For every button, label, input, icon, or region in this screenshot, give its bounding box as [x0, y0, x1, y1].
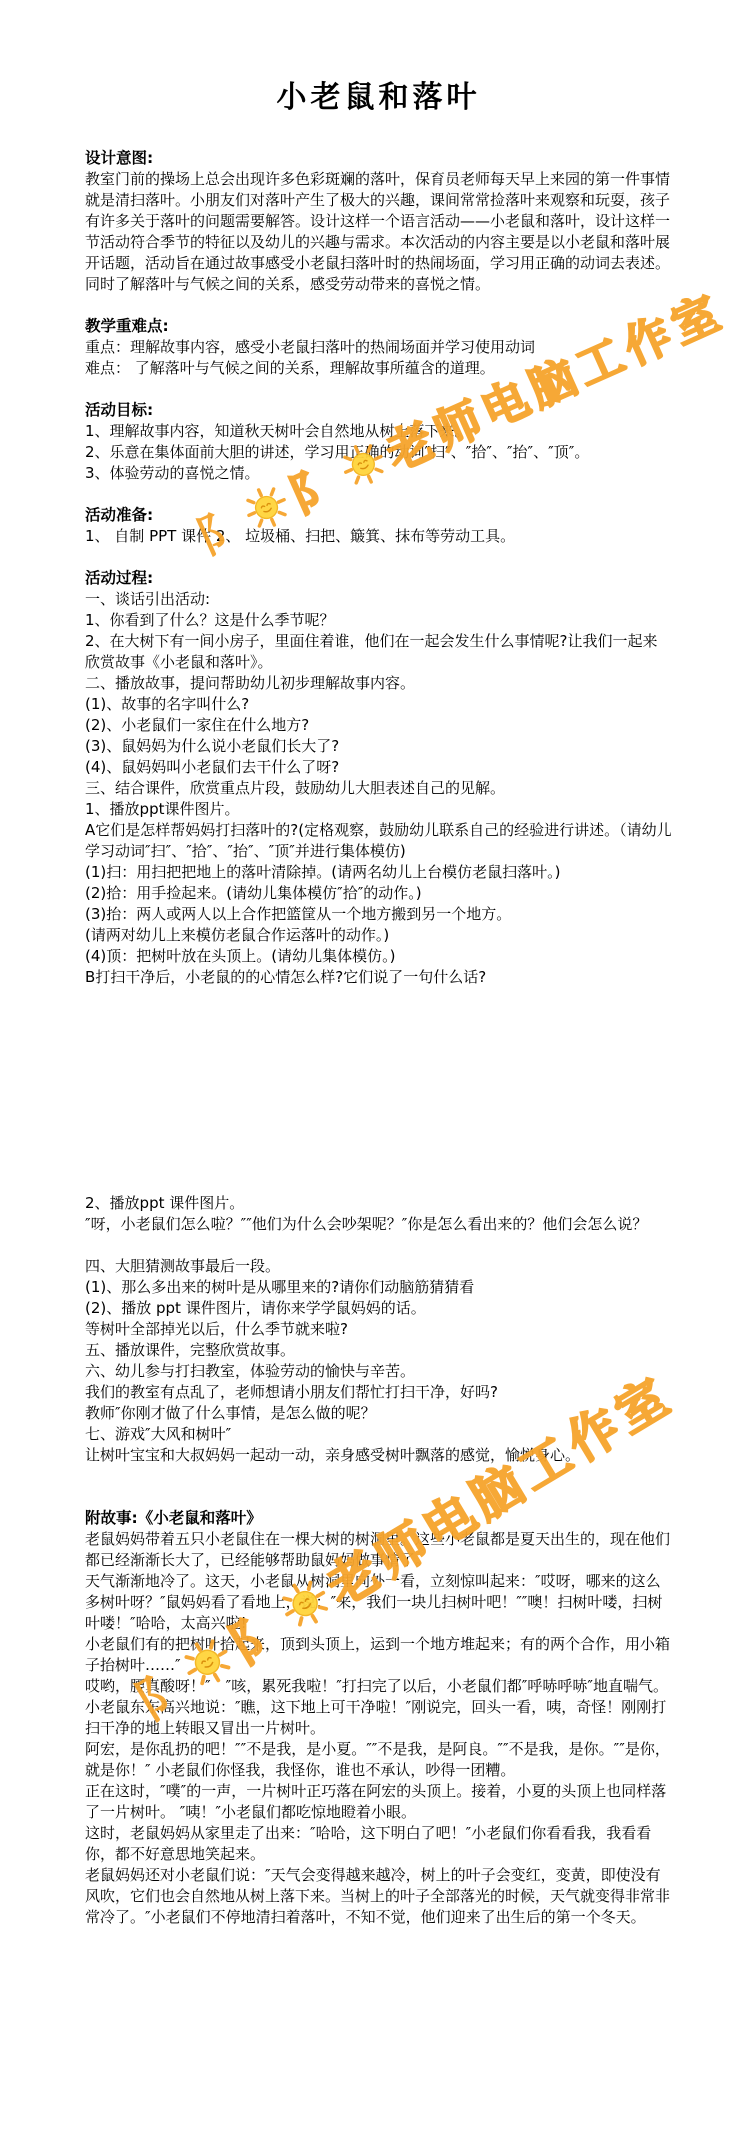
text-line: (1)、故事的名字叫什么? — [85, 694, 672, 715]
paragraph: 天气渐渐地冷了。这天，小老鼠从树洞里向外一看，立刻惊叫起来：″哎呀，哪来的这么多… — [85, 1571, 672, 1634]
text-line: 教师″你刚才做了什么事情，是怎么做的呢？ — [85, 1403, 672, 1424]
text-line: 二、播放故事，提问帮助幼儿初步理解故事内容。 — [85, 673, 672, 694]
text-line: 六、幼儿参与打扫教室，体验劳动的愉快与辛苦。 — [85, 1361, 672, 1382]
paragraph: 小老鼠东东高兴地说：″瞧，这下地上可干净啦！″刚说完，回头一看，咦，奇怪！刚刚打… — [85, 1697, 672, 1739]
text-line: (1)扫：用扫把把地上的落叶清除掉。(请两名幼儿上台模仿老鼠扫落叶。) — [85, 862, 672, 883]
text-line: 1、 自制 PPT 课件 2、 垃圾桶、扫把、簸箕、抹布等劳动工具。 — [85, 526, 672, 547]
section-heading: 活动过程: — [85, 568, 672, 589]
text-line: (3)抬：两人或两人以上合作把篮筐从一个地方搬到另一个地方。 — [85, 904, 672, 925]
text-line: 1、播放ppt课件图片。 — [85, 799, 672, 820]
blank-line — [85, 379, 672, 400]
text-line: 让树叶宝宝和大叔妈妈一起动一动，亲身感受树叶飘落的感觉，愉悦身心。 — [85, 1445, 672, 1466]
text-line: 2、播放ppt 课件图片。 — [85, 1193, 672, 1214]
text-line: 难点： 了解落叶与气候之间的关系，理解故事所蕴含的道理。 — [85, 358, 672, 379]
paragraph: A它们是怎样帮妈妈打扫落叶的?(定格观察，鼓励幼儿联系自己的经验进行讲述。（请幼… — [85, 820, 672, 862]
section-heading: 活动准备: — [85, 505, 672, 526]
blank-line — [85, 484, 672, 505]
text-line: 重点：理解故事内容，感受小老鼠扫落叶的热闹场面并学习使用动词 — [85, 337, 672, 358]
text-line: 三、结合课件，欣赏重点片段，鼓励幼儿大胆表述自己的见解。 — [85, 778, 672, 799]
text-line: 1、理解故事内容，知道秋天树叶会自然地从树上落下来。 — [85, 421, 672, 442]
text-line: (请两对幼儿上来模仿老鼠合作运落叶的动作。) — [85, 925, 672, 946]
blank-line — [85, 547, 672, 568]
text-line: 1、你看到了什么？这是什么季节呢？ — [85, 610, 672, 631]
blank-line — [85, 295, 672, 316]
text-line: 七、游戏″大风和树叶″ — [85, 1424, 672, 1445]
section-heading: 活动目标: — [85, 400, 672, 421]
paragraph: 教室门前的操场上总会出现许多色彩斑斓的落叶，保育员老师每天早上来园的第一件事情就… — [85, 169, 672, 295]
text-line: (2)、播放 ppt 课件图片，请你来学学鼠妈妈的话。 — [85, 1298, 672, 1319]
blank-gap — [85, 1466, 672, 1508]
paragraph: 2、在大树下有一间小房子，里面住着谁，他们在一起会发生什么事情呢?让我们一起来欣… — [85, 631, 672, 673]
section-heading: 附故事:《小老鼠和落叶》 — [85, 1508, 672, 1529]
paragraph: ″呀，小老鼠们怎么啦？″″他们为什么会吵架呢？″你是怎么看出来的？他们会怎么说？ — [85, 1214, 672, 1235]
text-line: 等树叶全部掉光以后，什么季节就来啦? — [85, 1319, 672, 1340]
text-line: 四、大胆猜测故事最后一段。 — [85, 1256, 672, 1277]
text-line: 3、体验劳动的喜悦之情。 — [85, 463, 672, 484]
document-body: 设计意图:教室门前的操场上总会出现许多色彩斑斓的落叶，保育员老师每天早上来园的第… — [85, 148, 672, 1928]
blank-gap — [85, 988, 672, 1193]
paragraph: 这时，老鼠妈妈从家里走了出来：″哈哈，这下明白了吧！″小老鼠们你看看我，我看看你… — [85, 1823, 672, 1865]
document-content: 小老鼠和落叶 设计意图:教室门前的操场上总会出现许多色彩斑斓的落叶，保育员老师每… — [85, 0, 672, 1928]
text-line: 一、谈话引出活动: — [85, 589, 672, 610]
section-heading: 教学重难点: — [85, 316, 672, 337]
paragraph: 哎哟，腰真酸呀！″ ″咳，累死我啦！″打扫完了以后，小老鼠们都″呼哧呼哧″地直喘… — [85, 1676, 672, 1697]
document-page: 阝 阝 老师电脑工作室 — [0, 0, 753, 2130]
text-line: (4)顶：把树叶放在头顶上。(请幼儿集体模仿。) — [85, 946, 672, 967]
paragraph: 老鼠妈妈还对小老鼠们说：″天气会变得越来越冷，树上的叶子会变红，变黄，即使没有风… — [85, 1865, 672, 1928]
text-line: (3)、鼠妈妈为什么说小老鼠们长大了? — [85, 736, 672, 757]
text-line: B打扫干净后，小老鼠的的心情怎么样?它们说了一句什么话? — [85, 967, 672, 988]
text-line: (2)、小老鼠们一家住在什么地方? — [85, 715, 672, 736]
text-line: 2、乐意在集体面前大胆的讲述，学习用正确的动词″扫″、″拾″、″抬″、″顶″。 — [85, 442, 672, 463]
text-line: 我们的教室有点乱了，老师想请小朋友们帮忙打扫干净，好吗? — [85, 1382, 672, 1403]
paragraph: 小老鼠们有的把树叶拾起来，顶到头顶上，运到一个地方堆起来；有的两个合作，用小箱子… — [85, 1634, 672, 1676]
text-line: (1)、那么多出来的树叶是从哪里来的?请你们动脑筋猜猜看 — [85, 1277, 672, 1298]
paragraph: 老鼠妈妈带着五只小老鼠住在一棵大树的树洞里。这些小老鼠都是夏天出生的，现在他们都… — [85, 1529, 672, 1571]
text-line: 五、播放课件，完整欣赏故事。 — [85, 1340, 672, 1361]
text-line: (2)拾：用手捡起来。(请幼儿集体模仿″拾″的动作。) — [85, 883, 672, 904]
blank-line — [85, 1235, 672, 1256]
text-line: (4)、鼠妈妈叫小老鼠们去干什么了呀? — [85, 757, 672, 778]
page-title: 小老鼠和落叶 — [85, 72, 672, 116]
paragraph: 正在这时，″噗″的一声，一片树叶正巧落在阿宏的头顶上。接着，小夏的头顶上也同样落… — [85, 1781, 672, 1823]
section-heading: 设计意图: — [85, 148, 672, 169]
paragraph: 阿宏，是你乱扔的吧！″″不是我，是小夏。″″不是我，是阿良。″″不是我，是你。″… — [85, 1739, 672, 1781]
